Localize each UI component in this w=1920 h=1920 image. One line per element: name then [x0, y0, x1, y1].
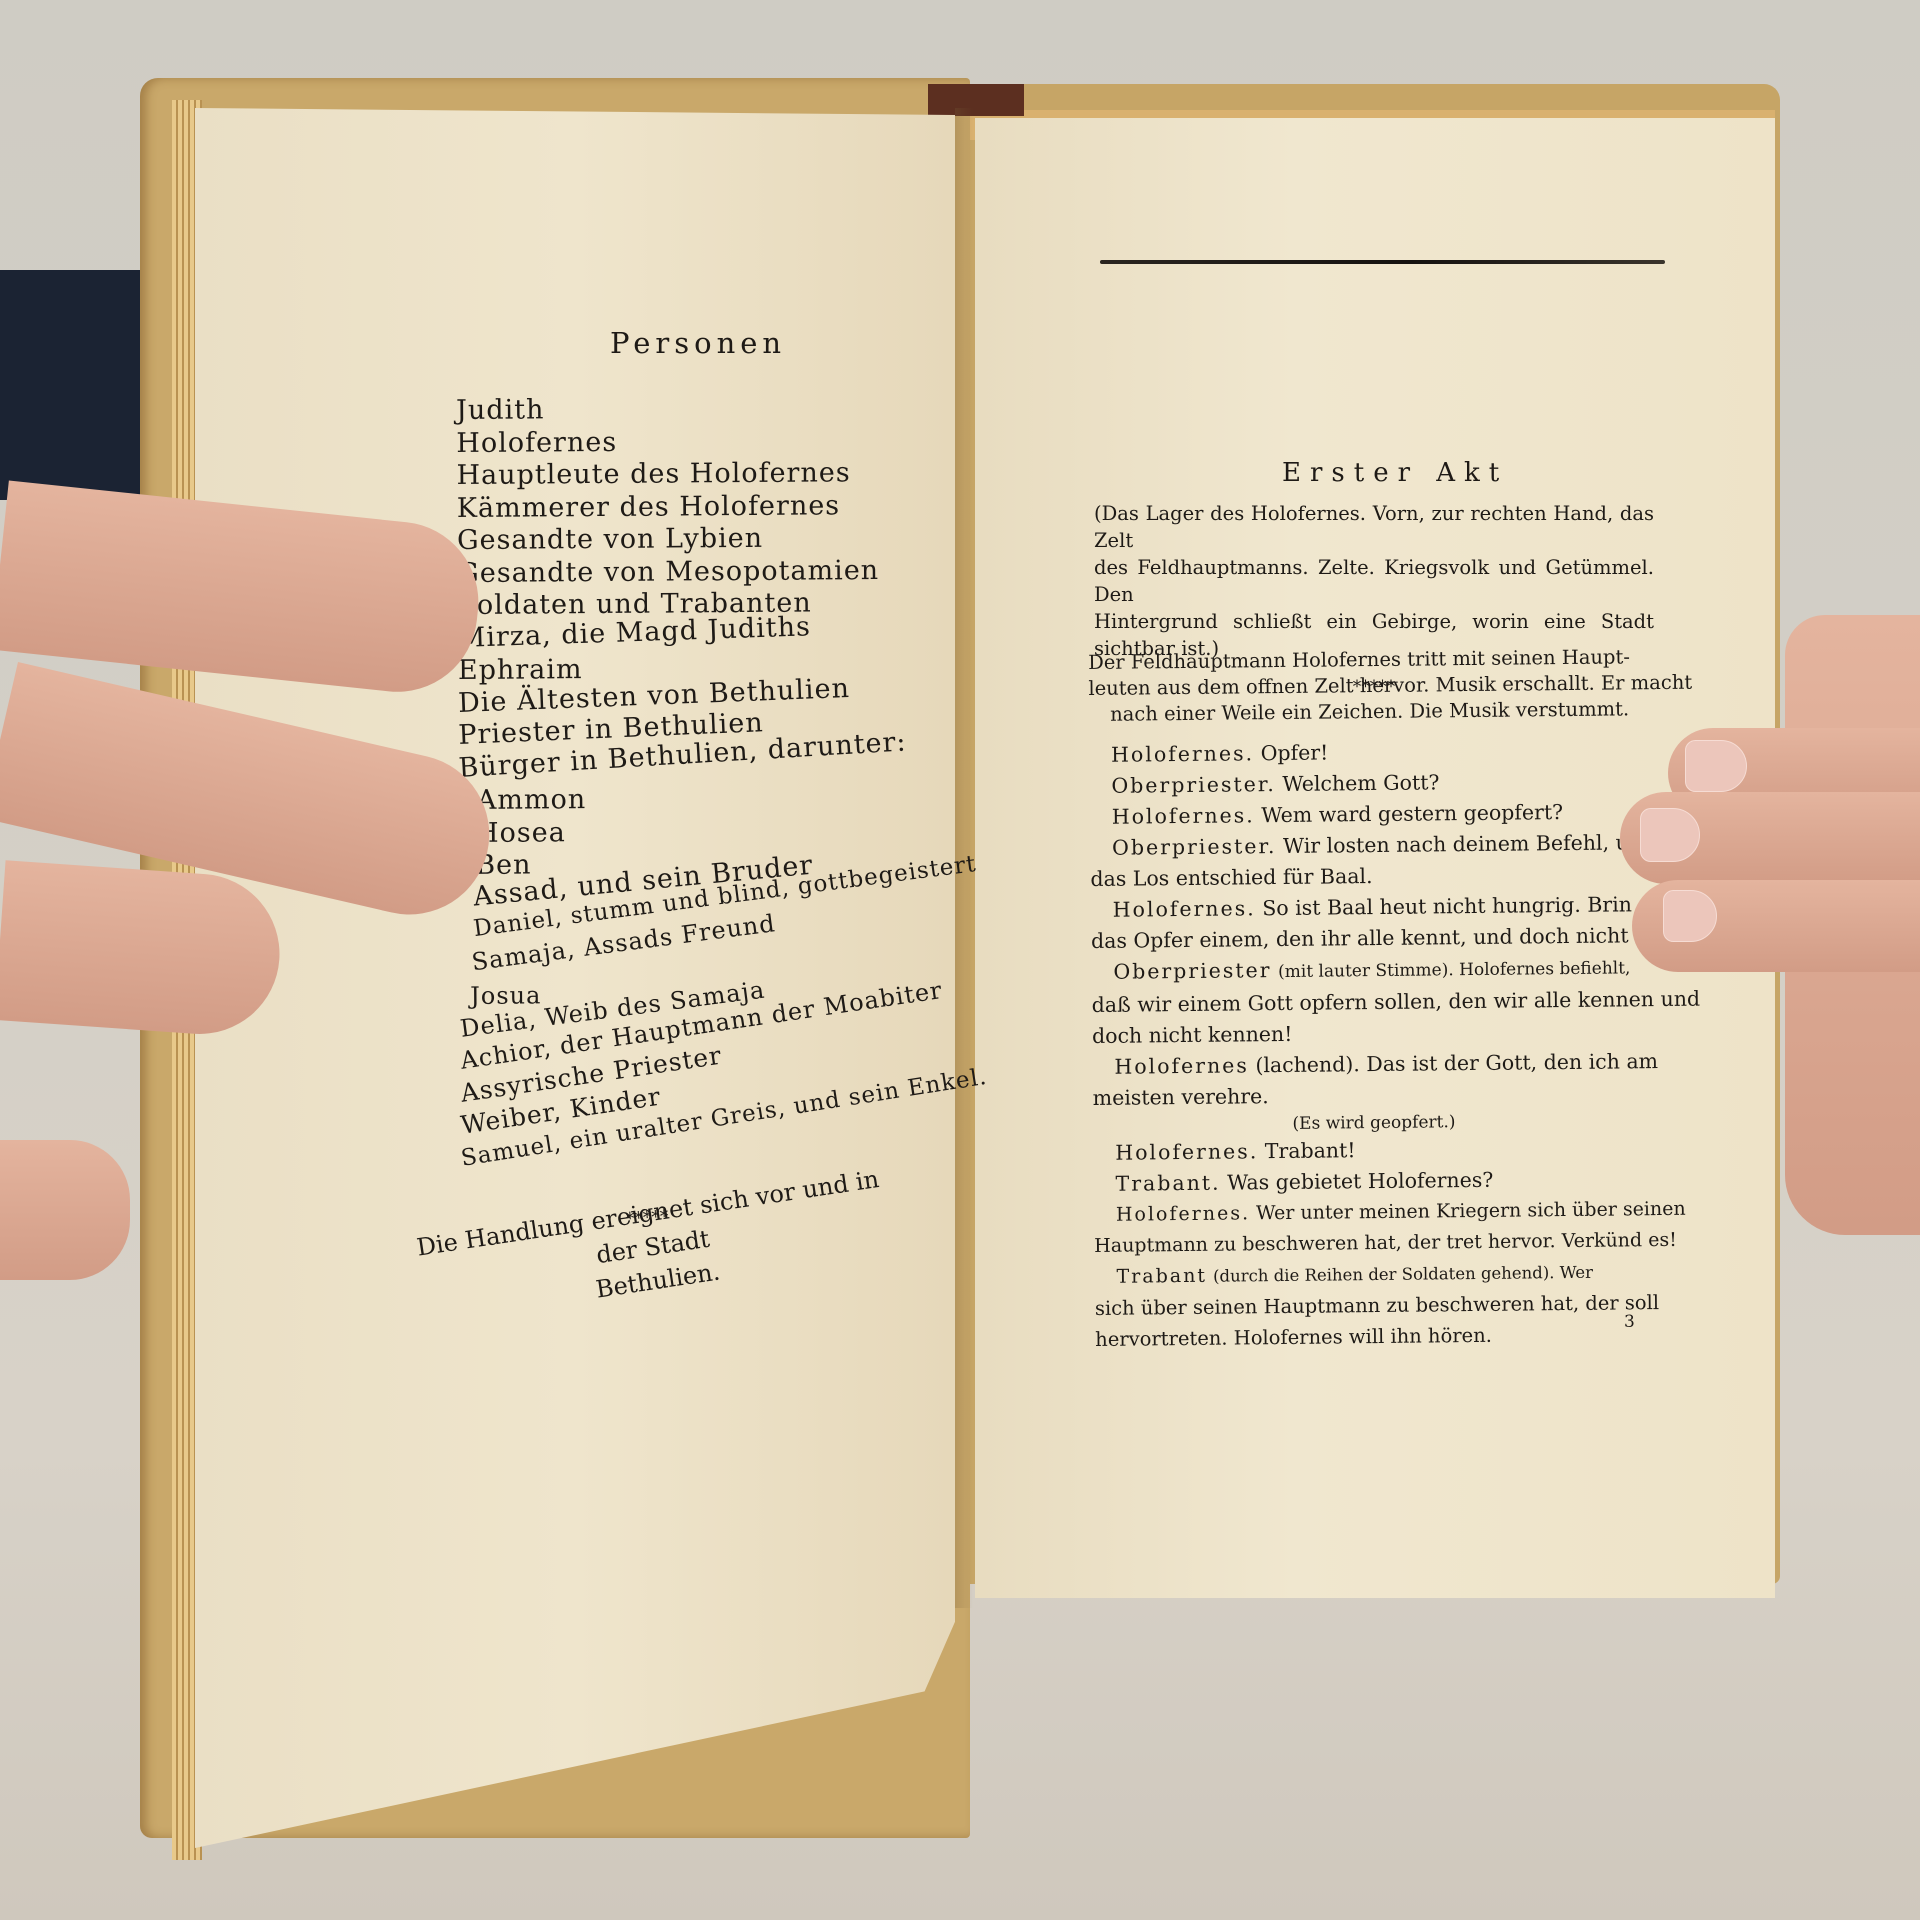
cast-item: Hauptleute des Holofernes	[456, 456, 988, 492]
fingernail	[1663, 890, 1717, 942]
speaker: Oberpriester	[1113, 958, 1271, 984]
speaker: Trabant	[1116, 1265, 1207, 1288]
speaker: Holofernes.	[1113, 896, 1256, 921]
speaker: Oberpriester.	[1111, 772, 1276, 798]
speaker: Trabant.	[1115, 1171, 1220, 1196]
cast-heading: Personen	[610, 326, 786, 360]
page-number: 3	[1624, 1312, 1635, 1332]
speech: So ist Baal heut nicht hungrig. Brin	[1262, 892, 1632, 920]
speech: Wer unter meinen Kriegern sich über sein…	[1256, 1198, 1686, 1224]
speech: Wem ward gestern geopfert?	[1261, 800, 1563, 827]
left-hand-ring-finger	[0, 860, 285, 1039]
speech: (lachend). Das ist der Gott, den ich am	[1255, 1049, 1658, 1077]
cast-item: Gesandte von Mesopotamien	[457, 554, 989, 590]
stage-line: des Feldhauptmanns. Zelte. Kriegsvolk un…	[1094, 554, 1654, 608]
act-title: Erster Akt	[1282, 458, 1508, 488]
speech: Was gebietet Holofernes?	[1227, 1168, 1493, 1195]
speaker: Holofernes.	[1111, 741, 1254, 766]
cast-item: Gesandte von Lybien	[457, 521, 989, 557]
fingernail	[1640, 808, 1700, 862]
cast-item: Kämmerer des Holofernes	[457, 489, 989, 525]
speaker: Holofernes.	[1115, 1139, 1258, 1164]
speaker: Holofernes	[1114, 1053, 1249, 1078]
speaker: Oberpriester.	[1112, 834, 1277, 860]
cast-item: Ammon	[459, 781, 991, 817]
speech-cont: sich über seinen Hauptmann zu beschweren…	[1095, 1287, 1657, 1324]
speech-cont: hervortreten. Holofernes will ihn hören.	[1095, 1318, 1657, 1355]
speech: Opfer!	[1261, 740, 1329, 765]
cast-item: Judith	[456, 391, 988, 427]
header-rule	[1100, 260, 1665, 264]
speaker: Holofernes.	[1112, 803, 1255, 828]
stage-line: (Das Lager des Holofernes. Vorn, zur rec…	[1094, 500, 1654, 554]
cast-item: Holofernes	[456, 424, 988, 460]
speech: Wir losten nach deinem Befehl, und	[1283, 830, 1655, 858]
speech: (durch die Reihen der Soldaten gehend). …	[1213, 1263, 1593, 1286]
fingernail	[1685, 740, 1747, 792]
cast-list: Judith Holofernes Hauptleute des Holofer…	[456, 391, 993, 1175]
speech: Welchem Gott?	[1282, 770, 1439, 796]
speaker: Holofernes.	[1116, 1202, 1250, 1225]
speech: Trabant!	[1265, 1138, 1356, 1163]
speech-cont: daß wir einem Gott opfern sollen, den wi…	[1092, 984, 1654, 1021]
speech: (mit lauter Stimme). Holofernes befiehlt…	[1278, 958, 1631, 982]
dialogue-block: Der Feldhauptmann Holofernes tritt mit s…	[1088, 644, 1657, 1355]
left-hand-thumb	[0, 1140, 130, 1280]
